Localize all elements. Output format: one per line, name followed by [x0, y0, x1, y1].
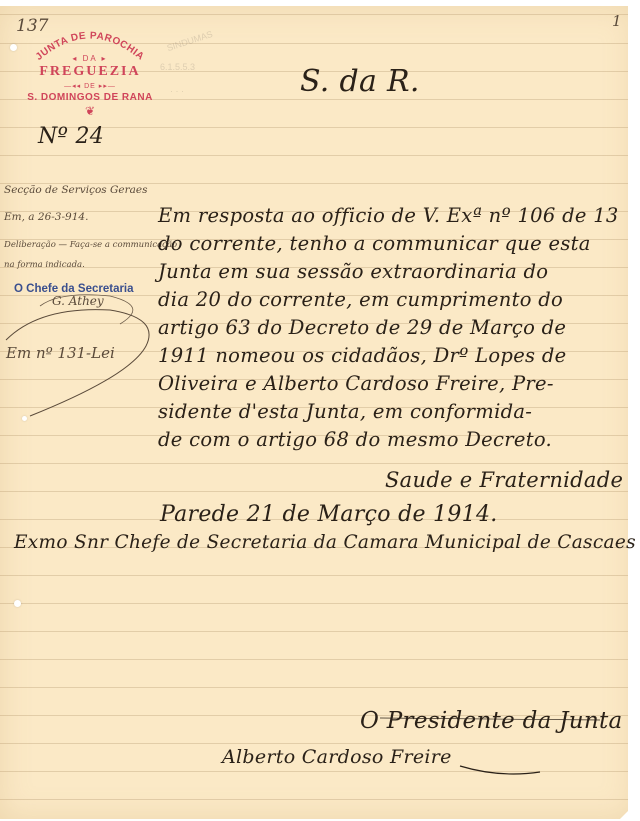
- document-page: 137 1 JUNTA DE PAROCHIA ◂ DA ▸ FREGUEZIA…: [0, 6, 634, 819]
- margin-bracket-stroke: [6, 310, 149, 416]
- signature-flourish: [460, 766, 540, 774]
- pen-strokes: [0, 6, 634, 819]
- signature-underline: [380, 718, 600, 720]
